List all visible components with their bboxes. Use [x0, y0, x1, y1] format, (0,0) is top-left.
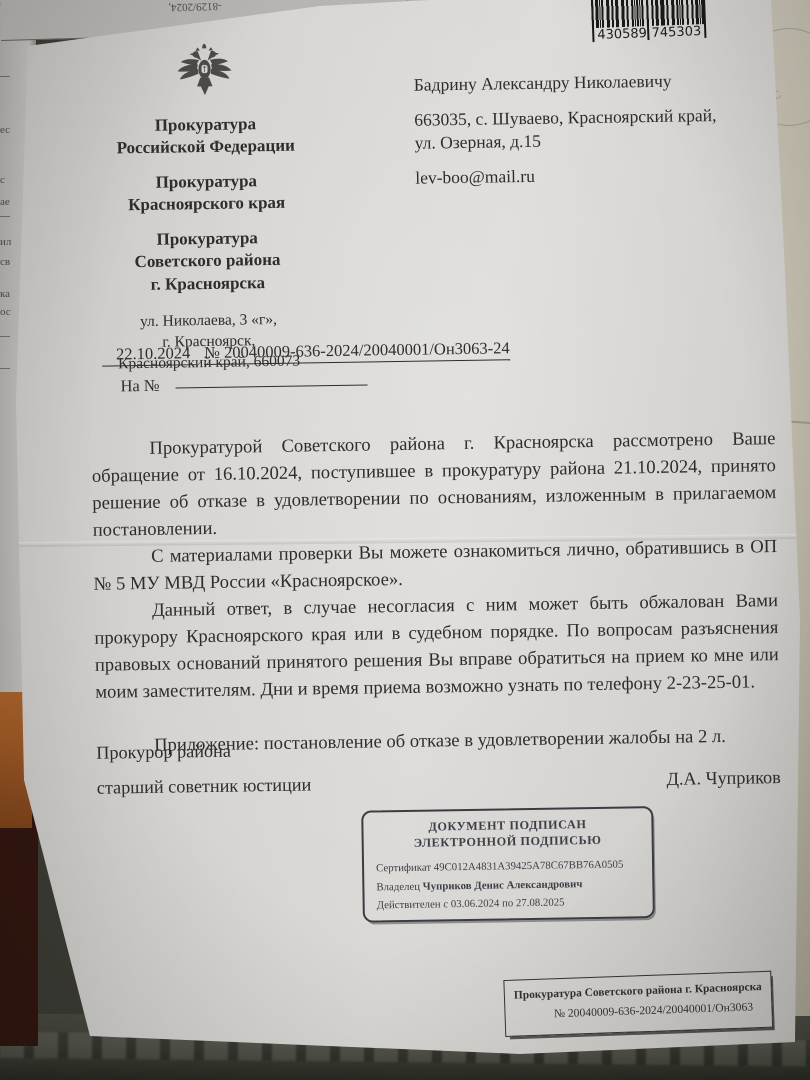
sheet-text-fragment: ил [0, 236, 13, 248]
org-name-district: Прокуратура Советского района г. Красноя… [76, 226, 339, 296]
signer-position-line2: старший советник юстиции [97, 774, 312, 798]
org-name-federation: Прокуратура Российской Федерации [74, 112, 337, 160]
sheet-text-fragment: ос [0, 306, 13, 318]
body-paragraph: Прокуратурой Советского района г. Красно… [91, 425, 777, 544]
esign-validity-row: Действителен с 03.06.2024 по 27.08.2025 [377, 892, 641, 915]
letter-body: Прокуратурой Советского района г. Красно… [91, 425, 780, 760]
recipient-address: 663035, с. Шуваево, Красноярский край, у… [414, 104, 727, 155]
registration-stamp-org: Прокуратура Советского района г. Красноя… [505, 981, 771, 1002]
dark-table-edge [0, 806, 38, 1046]
registration-stamp: Прокуратура Советского района г. Красноя… [503, 971, 773, 1037]
sheet-text-fragment: ес [0, 124, 13, 136]
sheet-text-fragment: ае [0, 196, 13, 208]
reply-to-blank [176, 384, 368, 388]
letterhead: Прокуратура Российской Федерации Прокура… [73, 41, 340, 375]
org-name-krai: Прокуратура Красноярского края [75, 169, 338, 217]
barcode-number-right: 745303 [651, 24, 701, 41]
barcode-number-left: 430589 [597, 26, 647, 43]
letter-date: 22.10.2024 [102, 343, 197, 366]
reply-to-line: На № [120, 372, 367, 396]
recipient-block: Бадрину Александру Николаевичу 663035, с… [414, 69, 728, 190]
russia-coat-of-arms-icon [171, 43, 238, 102]
esign-certificate-value: 49C012A4831A39425A78C67BB76A0505 [434, 858, 624, 873]
registration-stamp-number: № 20040009-636-2024/20040001/Он3063 [505, 1000, 771, 1022]
signer-name: Д.А. Чуприков [666, 767, 781, 790]
letter-content: 430589 745303 Бадрину Александру Николае… [0, 0, 810, 1080]
document-photo: ес с ае ил св ка ос -8129/2024, при об К… [0, 0, 810, 1080]
sheet-text-fragment: св [0, 256, 13, 268]
letter-number: № 20040009-636-2024/20040001/Он3063-24 [204, 338, 510, 365]
esignature-stamp: ДОКУМЕНТ ПОДПИСАН ЭЛЕКТРОННОЙ ПОДПИСЬЮ С… [361, 806, 655, 923]
esign-owner-name: Чуприков Денис Александрович [423, 878, 583, 893]
reply-to-label: На № [120, 376, 159, 396]
body-paragraph: Данный ответ, в случае несогласия с ним … [94, 587, 780, 706]
letter-paper: 430589 745303 Бадрину Александру Николае… [0, 0, 810, 1080]
esign-title-line2: ЭЛЕКТРОННОЙ ПОДПИСЬЮ [376, 832, 640, 853]
sheet-text-fragment-rotated: -8129/2024, [168, 0, 222, 13]
signature-block: Прокурор района старший советник юстиции… [96, 732, 781, 799]
barcode: 430589 745303 [588, 0, 710, 46]
recipient-email: lev-boo@mail.ru [415, 162, 727, 190]
recipient-name: Бадрину Александру Николаевичу [414, 69, 726, 97]
sheet-text-fragment: с [0, 174, 13, 186]
sheet-text-fragment: ка [0, 288, 13, 300]
